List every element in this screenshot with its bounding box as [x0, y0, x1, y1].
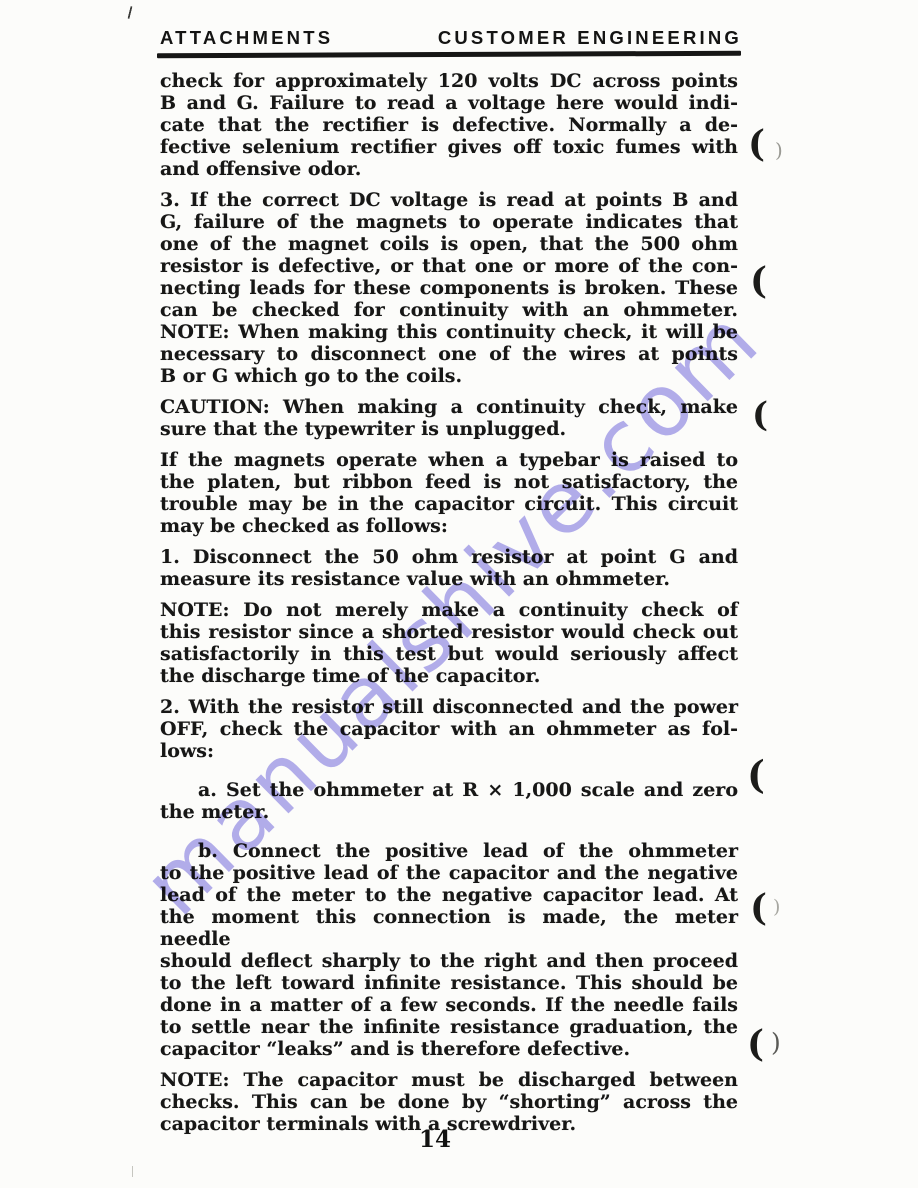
scan-speck-bottom-left — [132, 1166, 133, 1177]
scan-artifact-paren: ( — [752, 398, 768, 432]
text-line: trouble may be in the capacitor circuit.… — [160, 493, 738, 515]
text-line: NOTE: The capacitor must be discharged b… — [160, 1069, 738, 1091]
text-line: 1. Disconnect the 50 ohm resistor at poi… — [160, 546, 738, 568]
text-line: necessary to disconnect one of the wires… — [160, 343, 738, 365]
text-line: lead of the meter to the negative capaci… — [160, 884, 738, 906]
text-line: check for approximately 120 volts DC acr… — [160, 70, 738, 92]
paragraph: 2. With the resistor still disconnected … — [160, 696, 738, 762]
body-text: check for approximately 120 volts DC acr… — [160, 70, 738, 1135]
scan-artifact-paren: ) — [773, 898, 780, 917]
text-line: this resistor since a shorted resistor w… — [160, 621, 738, 643]
text-line: 2. With the resistor still disconnected … — [160, 696, 738, 718]
text-line: sure that the typewriter is unplugged. — [160, 418, 738, 440]
text-line: lows: — [160, 740, 738, 762]
text-line: can be checked for continuity with an oh… — [160, 299, 738, 321]
text-line: one of the magnet coils is open, that th… — [160, 233, 738, 255]
scan-artifact-paren: ) — [775, 140, 783, 160]
paragraph: If the magnets operate when a typebar is… — [160, 449, 738, 537]
paragraph: 3. If the correct DC voltage is read at … — [160, 189, 738, 387]
scan-artifact-paren: ( — [750, 890, 767, 926]
scan-artifact-paren: ( — [747, 1026, 764, 1062]
text-line: a. Set the ohmmeter at R × 1,000 scale a… — [160, 779, 738, 801]
text-line: necting leads for these components is br… — [160, 277, 738, 299]
scan-speck-top-left — [127, 6, 132, 19]
text-line: done in a matter of a few seconds. If th… — [160, 994, 738, 1016]
text-line: the meter. — [160, 801, 738, 823]
text-line: capacitor “leaks” and is therefore defec… — [160, 1038, 738, 1060]
text-line: G, failure of the magnets to operate ind… — [160, 211, 738, 233]
paragraph: NOTE: Do not merely make a continuity ch… — [160, 599, 738, 687]
text-line: the moment this connection is made, the … — [160, 906, 738, 950]
text-line: CAUTION: When making a continuity check,… — [160, 396, 738, 418]
text-line: the discharge time of the capacitor. — [160, 665, 738, 687]
text-line: to the positive lead of the capacitor an… — [160, 862, 738, 884]
text-line: If the magnets operate when a typebar is… — [160, 449, 738, 471]
page-header: ATTACHMENTS CUSTOMER ENGINEERING — [160, 27, 742, 49]
scan-artifact-paren: ) — [771, 1030, 781, 1055]
text-line: measure its resistance value with an ohm… — [160, 568, 738, 590]
paragraph: CAUTION: When making a continuity check,… — [160, 396, 738, 440]
text-line: and offensive odor. — [160, 158, 738, 180]
text-line: NOTE: Do not merely make a continuity ch… — [160, 599, 738, 621]
scan-artifact-paren: ( — [747, 756, 765, 794]
text-line: satisfactorily in this test but would se… — [160, 643, 738, 665]
text-line: b. Connect the positive lead of the ohmm… — [160, 840, 738, 862]
header-manual-title: CUSTOMER ENGINEERING — [438, 27, 742, 49]
text-line: cate that the rectifier is defective. No… — [160, 114, 738, 136]
text-line: fective selenium rectifier gives off tox… — [160, 136, 738, 158]
text-line: resistor is defective, or that one or mo… — [160, 255, 738, 277]
scanned-manual-page: ATTACHMENTS CUSTOMER ENGINEERING check f… — [0, 0, 918, 1188]
text-line: the platen, but ribbon feed is not satis… — [160, 471, 738, 493]
text-line: OFF, check the capacitor with an ohmmete… — [160, 718, 738, 740]
header-section-title: ATTACHMENTS — [160, 27, 333, 49]
scan-artifact-paren: ( — [748, 126, 765, 162]
text-line: should deflect sharply to the right and … — [160, 950, 738, 972]
page-number: 14 — [405, 1126, 465, 1153]
paragraph: b. Connect the positive lead of the ohmm… — [160, 840, 738, 1060]
text-line: may be checked as follows: — [160, 515, 738, 537]
paragraph: a. Set the ohmmeter at R × 1,000 scale a… — [160, 779, 738, 823]
text-line: 3. If the correct DC voltage is read at … — [160, 189, 738, 211]
header-rule — [157, 51, 741, 58]
text-line: B or G which go to the coils. — [160, 365, 738, 387]
paragraph: 1. Disconnect the 50 ohm resistor at poi… — [160, 546, 738, 590]
paragraph: check for approximately 120 volts DC acr… — [160, 70, 738, 180]
scan-artifact-paren: ( — [750, 263, 767, 299]
text-line: to settle near the infinite resistance g… — [160, 1016, 738, 1038]
text-line: B and G. Failure to read a voltage here … — [160, 92, 738, 114]
text-line: NOTE: When making this continuity check,… — [160, 321, 738, 343]
text-line: checks. This can be done by “shorting” a… — [160, 1091, 738, 1113]
text-line: to the left toward infinite resistance. … — [160, 972, 738, 994]
